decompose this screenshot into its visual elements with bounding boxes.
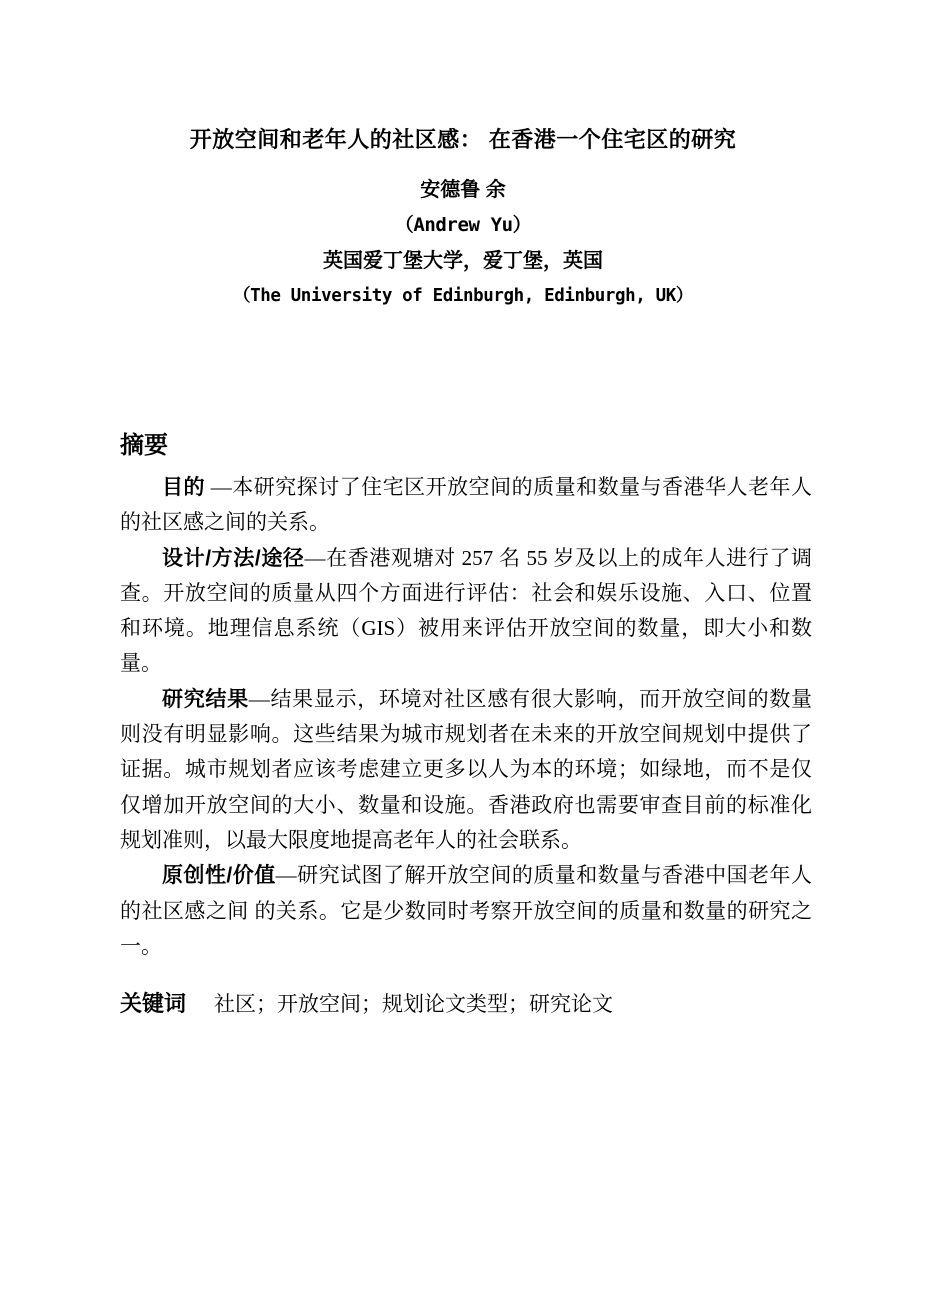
paragraph-lead: 原创性/价值 (162, 864, 276, 887)
keywords-text: 社区；开放空间；规划论文类型；研究论文 (214, 992, 613, 1016)
affiliation-english: （The University of Edinburgh, Edinburgh,… (0, 283, 926, 309)
paragraph-separator: — (305, 546, 326, 570)
author-name-english: （Andrew Yu） (0, 212, 926, 238)
paragraph-text: 结果显示，环境对社区感有很大影响，而开放空间的数量则没有明显影响。这些结果为城市… (120, 687, 812, 852)
abstract-paragraph-methodology: 设计/方法/途径—在香港观塘对 257 名 55 岁及以上的成年人进行了调查。开… (120, 541, 812, 682)
abstract-paragraph-purpose: 目的 —本研究探讨了住宅区开放空间的质量和数量与香港华人老年人的社区感之间的关系… (120, 470, 812, 541)
keywords-label: 关键词 (120, 991, 186, 1016)
abstract-body: 目的 —本研究探讨了住宅区开放空间的质量和数量与香港华人老年人的社区感之间的关系… (120, 470, 812, 964)
paragraph-lead: 设计/方法/途径 (162, 547, 305, 570)
abstract-heading: 摘要 (120, 431, 168, 461)
paragraph-separator: — (249, 687, 270, 711)
paragraph-separator: — (205, 475, 232, 499)
affiliation-chinese: 英国爱丁堡大学，爱丁堡，英国 (0, 247, 926, 275)
author-name-chinese: 安德鲁 余 (0, 176, 926, 204)
paragraph-lead: 研究结果 (162, 688, 249, 711)
abstract-paragraph-findings: 研究结果—结果显示，环境对社区感有很大影响，而开放空间的数量则没有明显影响。这些… (120, 682, 812, 858)
paragraph-lead: 目的 (162, 476, 205, 499)
page-title: 开放空间和老年人的社区感： 在香港一个住宅区的研究 (0, 124, 926, 156)
document-page: 开放空间和老年人的社区感： 在香港一个住宅区的研究 安德鲁 余 （Andrew … (0, 0, 926, 1309)
abstract-paragraph-originality: 原创性/价值—研究试图了解开放空间的质量和数量与香港中国老年人的社区感之间 的关… (120, 858, 812, 964)
paragraph-separator: — (276, 863, 297, 887)
keywords-row: 关键词社区；开放空间；规划论文类型；研究论文 (120, 989, 613, 1019)
